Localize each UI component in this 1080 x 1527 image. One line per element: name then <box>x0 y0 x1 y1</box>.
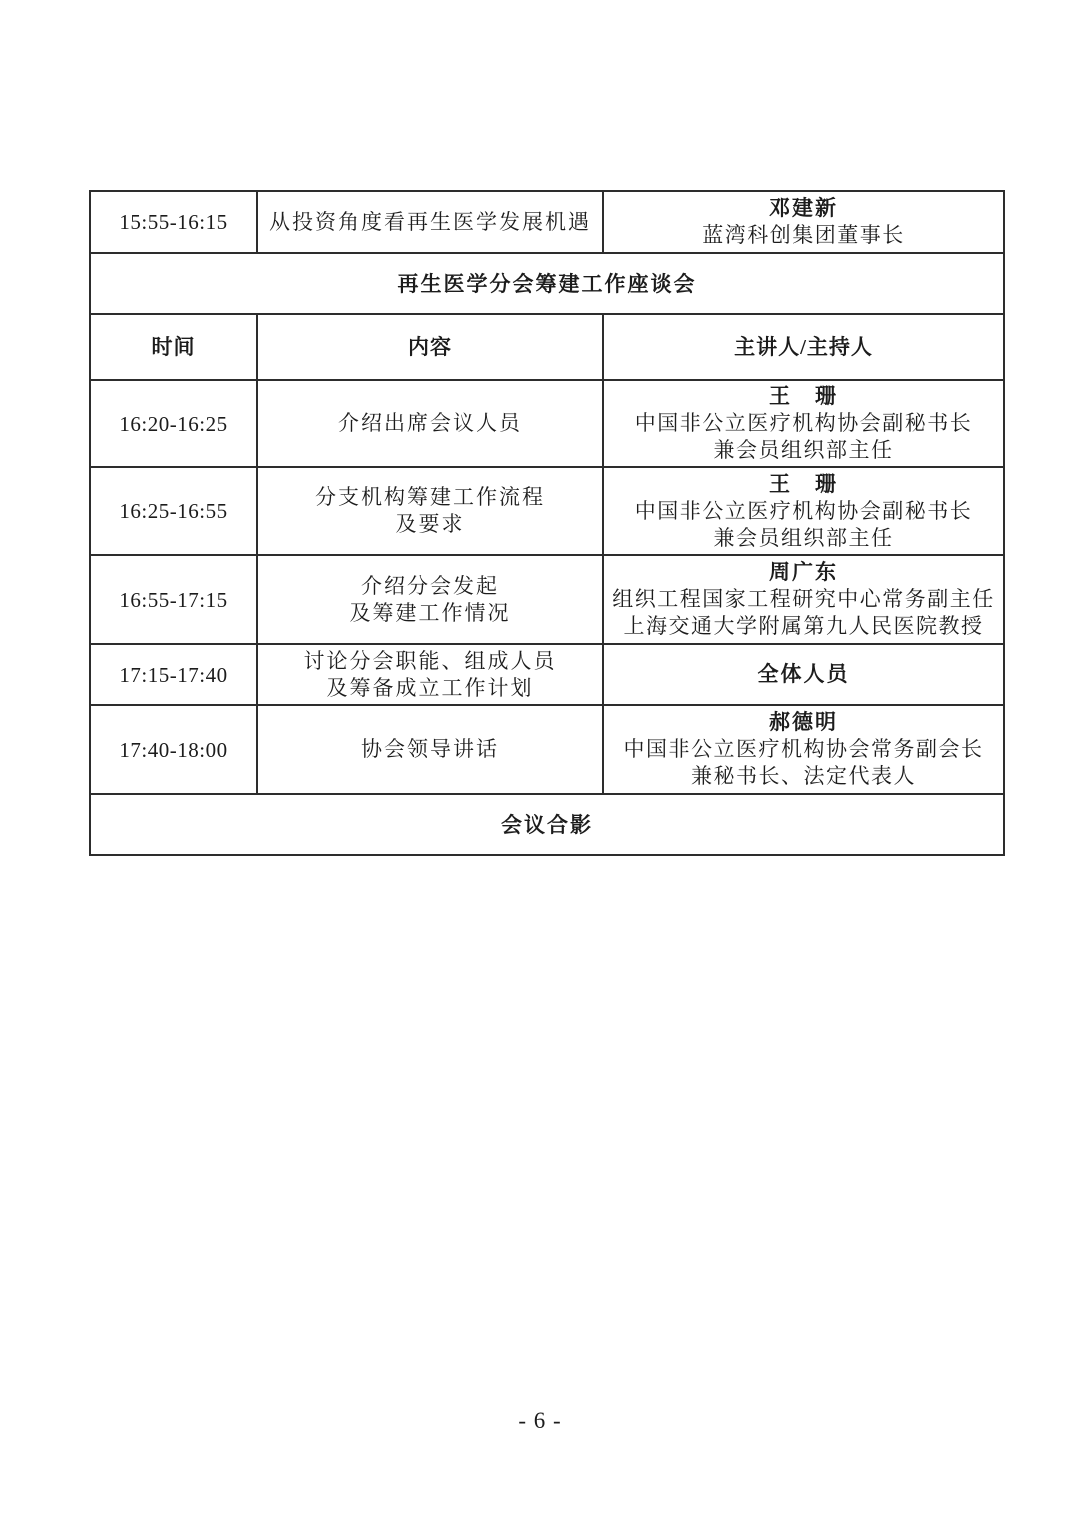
time-cell: 15:55-16:15 <box>90 191 257 253</box>
speaker-name: 全体人员 <box>608 661 999 688</box>
speaker-cell: 王 珊 中国非公立医疗机构协会副秘书长 兼会员组织部主任 <box>603 380 1004 467</box>
content-cell: 分支机构筹建工作流程 及要求 <box>257 467 603 555</box>
time-cell: 17:15-17:40 <box>90 644 257 705</box>
section-title-row: 再生医学分会筹建工作座谈会 <box>90 253 1004 314</box>
content-line: 讨论分会职能、组成人员 <box>262 648 598 675</box>
speaker-name: 王 珊 <box>608 383 999 410</box>
content-line: 及筹备成立工作计划 <box>262 675 598 702</box>
footer-row: 会议合影 <box>90 794 1004 855</box>
table-row-1715: 17:15-17:40 讨论分会职能、组成人员 及筹备成立工作计划 全体人员 <box>90 644 1004 705</box>
speaker-affiliation: 中国非公立医疗机构协会常务副会长 <box>608 736 999 763</box>
column-header-row: 时间 内容 主讲人/主持人 <box>90 314 1004 380</box>
time-cell: 16:55-17:15 <box>90 555 257 644</box>
speaker-name: 王 珊 <box>608 471 999 498</box>
speaker-cell: 邓建新 蓝湾科创集团董事长 <box>603 191 1004 253</box>
content-line: 分支机构筹建工作流程 <box>262 484 598 511</box>
speaker-cell: 王 珊 中国非公立医疗机构协会副秘书长 兼会员组织部主任 <box>603 467 1004 555</box>
time-cell: 16:25-16:55 <box>90 467 257 555</box>
speaker-affiliation: 兼会员组织部主任 <box>608 437 999 464</box>
content-line: 介绍分会发起 <box>262 573 598 600</box>
document-page: 15:55-16:15 从投资角度看再生医学发展机遇 邓建新 蓝湾科创集团董事长… <box>0 0 1080 1527</box>
table-row-1740: 17:40-18:00 协会领导讲话 郝德明 中国非公立医疗机构协会常务副会长 … <box>90 705 1004 794</box>
time-cell: 16:20-16:25 <box>90 380 257 467</box>
agenda-table: 15:55-16:15 从投资角度看再生医学发展机遇 邓建新 蓝湾科创集团董事长… <box>89 190 1005 856</box>
content-cell: 从投资角度看再生医学发展机遇 <box>257 191 603 253</box>
speaker-affiliation: 中国非公立医疗机构协会副秘书长 <box>608 498 999 525</box>
column-header-content: 内容 <box>257 314 603 380</box>
speaker-affiliation: 兼秘书长、法定代表人 <box>608 763 999 790</box>
speaker-affiliation: 兼会员组织部主任 <box>608 525 999 552</box>
time-cell: 17:40-18:00 <box>90 705 257 794</box>
group-photo-label: 会议合影 <box>90 794 1004 855</box>
content-line: 及要求 <box>262 511 598 538</box>
speaker-affiliation: 中国非公立医疗机构协会副秘书长 <box>608 410 999 437</box>
page-number: - 6 - <box>0 1408 1080 1434</box>
table-row-1555: 15:55-16:15 从投资角度看再生医学发展机遇 邓建新 蓝湾科创集团董事长 <box>90 191 1004 253</box>
speaker-affiliation: 蓝湾科创集团董事长 <box>608 222 999 249</box>
column-header-speaker: 主讲人/主持人 <box>603 314 1004 380</box>
speaker-name: 周广东 <box>608 559 999 586</box>
speaker-name: 郝德明 <box>608 709 999 736</box>
speaker-cell: 全体人员 <box>603 644 1004 705</box>
table-row-1625: 16:25-16:55 分支机构筹建工作流程 及要求 王 珊 中国非公立医疗机构… <box>90 467 1004 555</box>
content-cell: 协会领导讲话 <box>257 705 603 794</box>
content-line: 介绍出席会议人员 <box>262 410 598 437</box>
section-title: 再生医学分会筹建工作座谈会 <box>90 253 1004 314</box>
content-cell: 讨论分会职能、组成人员 及筹备成立工作计划 <box>257 644 603 705</box>
column-header-time: 时间 <box>90 314 257 380</box>
speaker-affiliation: 上海交通大学附属第九人民医院教授 <box>608 613 999 640</box>
table-row-1620: 16:20-16:25 介绍出席会议人员 王 珊 中国非公立医疗机构协会副秘书长… <box>90 380 1004 467</box>
speaker-name: 邓建新 <box>608 195 999 222</box>
speaker-cell: 周广东 组织工程国家工程研究中心常务副主任 上海交通大学附属第九人民医院教授 <box>603 555 1004 644</box>
speaker-cell: 郝德明 中国非公立医疗机构协会常务副会长 兼秘书长、法定代表人 <box>603 705 1004 794</box>
speaker-affiliation: 组织工程国家工程研究中心常务副主任 <box>608 586 999 613</box>
content-line: 及筹建工作情况 <box>262 600 598 627</box>
content-cell: 介绍出席会议人员 <box>257 380 603 467</box>
content-cell: 介绍分会发起 及筹建工作情况 <box>257 555 603 644</box>
content-line: 协会领导讲话 <box>262 736 598 763</box>
table-row-1655: 16:55-17:15 介绍分会发起 及筹建工作情况 周广东 组织工程国家工程研… <box>90 555 1004 644</box>
